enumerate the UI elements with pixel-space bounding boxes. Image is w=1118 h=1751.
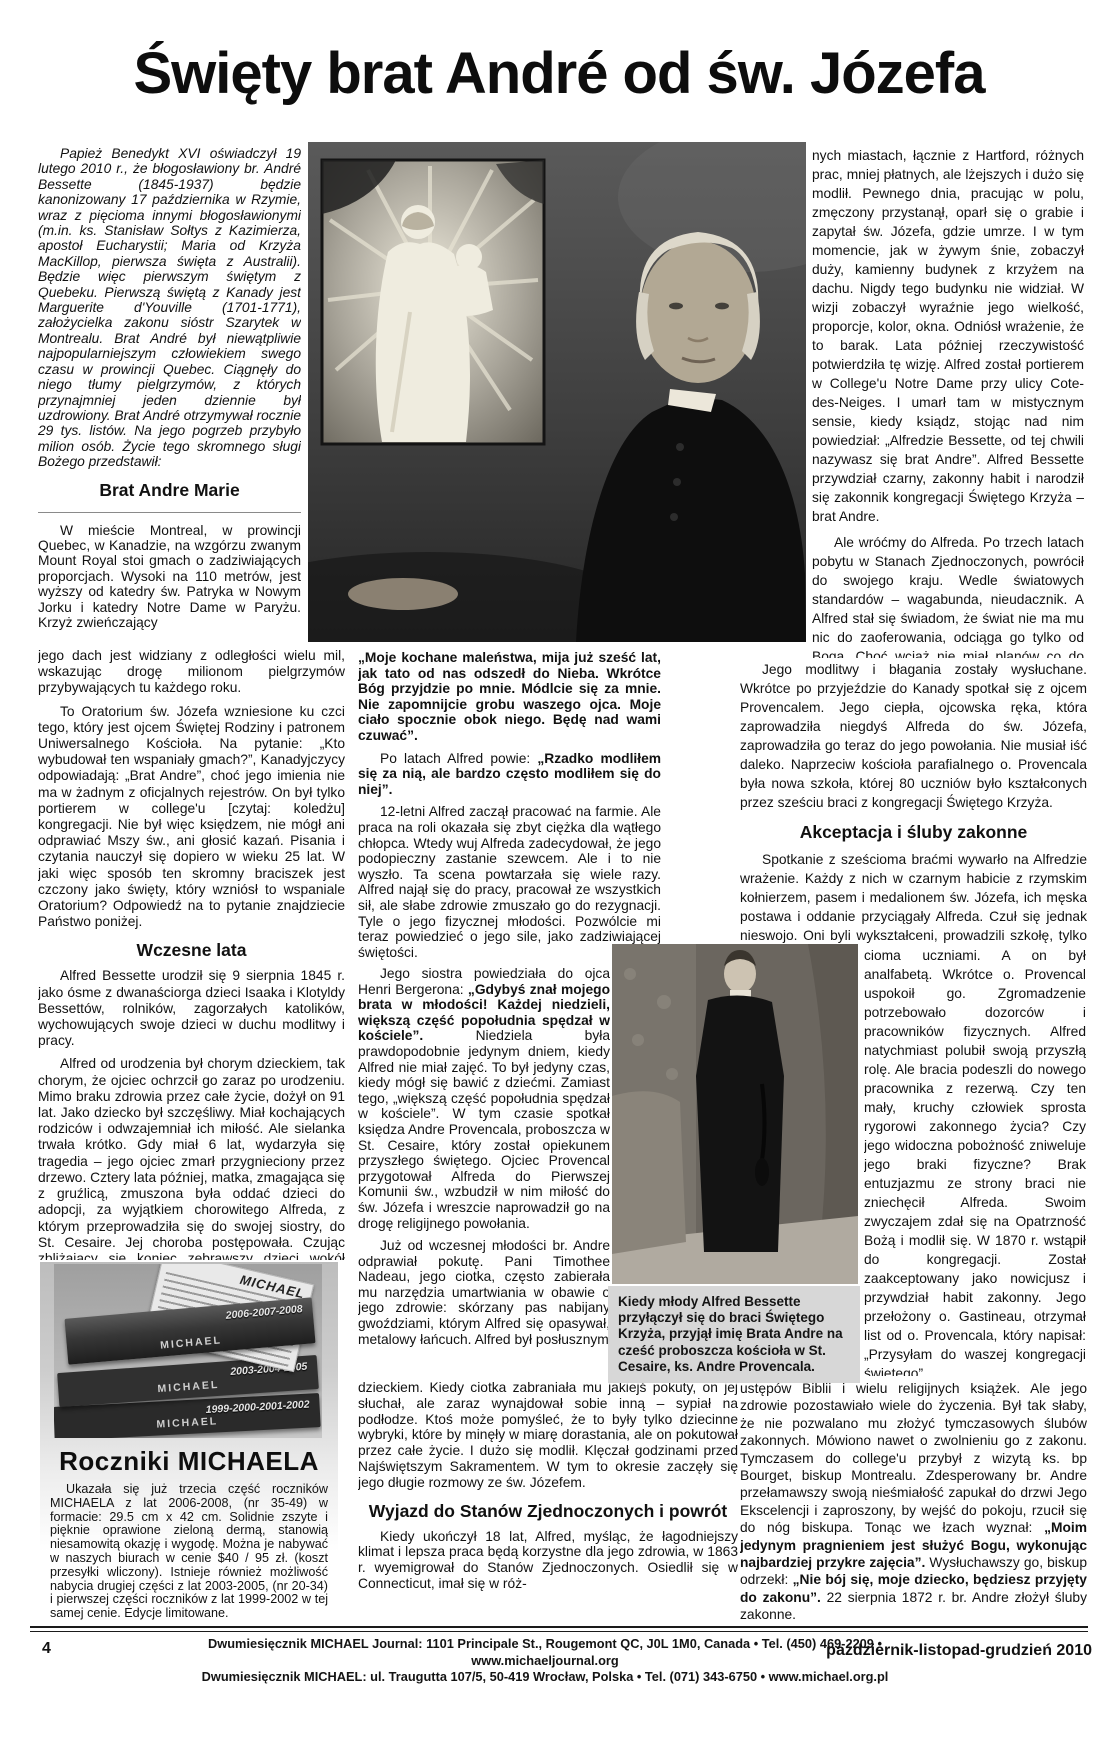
column-2-middle: Jego siostra powiedziała do ojca Henri B…	[358, 966, 610, 1376]
footer-address-line-2: Dwumiesięcznik MICHAEL: ul. Traugutta 10…	[140, 1669, 950, 1686]
column-1-top: Papież Benedykt XVI oświadczył 19 lutego…	[38, 146, 301, 648]
ad-body: Ukazała się już trzecia część roczników …	[40, 1477, 338, 1621]
text-segment: Po latach Alfred powie:	[380, 751, 537, 766]
column-2-top: „Moje kochane maleństwa, mija już sześć …	[358, 650, 661, 964]
mother-quote: „Moje kochane maleństwa, mija już sześć …	[358, 650, 661, 744]
paragraph: dzieckiem. Kiedy ciotka zabraniała mu ja…	[358, 1380, 738, 1491]
paragraph: Ale wróćmy do Alfreda. Po trzech latach …	[812, 533, 1084, 658]
section-heading-wczesne-lata: Wczesne lata	[38, 940, 345, 960]
paragraph: Alfred Bessette urodził się 9 sierpnia 1…	[38, 968, 345, 1049]
paragraph: Po latach Alfred powie: „Rzadko modliłem…	[358, 751, 661, 798]
column-1-bottom: jego dach jest widziany z odległości wie…	[38, 648, 345, 1260]
column-3-bottom: ustępów Biblii i wielu religijnych książ…	[740, 1380, 1087, 1622]
paragraph: Jego modlitwy i błagania zostały wysłuch…	[740, 660, 1087, 812]
brother-andre-portrait	[308, 142, 806, 642]
article-title: Święty brat André od św. Józefa	[0, 40, 1118, 107]
paragraph: Kiedy ukończył 18 lat, Alfred, myśląc, ż…	[358, 1529, 738, 1592]
footer-rule	[30, 1626, 1088, 1632]
section-heading-brat-andre-marie: Brat Andre Marie	[38, 480, 301, 513]
text-segment: Niedziela była prawdopodobnie jedynym dn…	[358, 1028, 610, 1230]
paragraph: Jego siostra powiedziała do ojca Henri B…	[358, 966, 610, 1231]
column-3-narrow: cioma uczniami. A on był analfabetą. Wkr…	[864, 946, 1086, 1376]
paragraph: Spotkanie z sześcioma braćmi wywarło na …	[740, 850, 1087, 944]
paragraph: W mieście Montreal, w prowincji Quebec, …	[38, 523, 301, 631]
photo-caption: Kiedy młody Alfred Bessette przyłączył s…	[608, 1286, 860, 1383]
section-heading-wyjazd: Wyjazd do Stanów Zjednoczonych i powrót	[358, 1501, 738, 1521]
issue-date: październik-listopad-grudzień 2010	[792, 1642, 1092, 1660]
page-number: 4	[42, 1640, 51, 1658]
book-spine-label: MICHAEL	[54, 1410, 320, 1436]
young-andre-figure	[612, 944, 858, 1284]
paragraph: Alfred od urodzenia był chorym dzieckiem…	[38, 1056, 345, 1260]
ad-heading: Roczniki MICHAELA	[40, 1446, 338, 1477]
yearbooks-ad: MICHAEL 1999-2000-2001-2002 MICHAEL 2003…	[40, 1262, 338, 1624]
paragraph: ustępów Biblii i wielu religijnych książ…	[740, 1380, 1087, 1622]
section-heading-akceptacja: Akceptacja i śluby zakonne	[740, 822, 1087, 842]
young-andre-photo	[612, 944, 858, 1284]
main-photo	[308, 142, 806, 642]
paragraph: cioma uczniami. A on był analfabetą. Wkr…	[864, 946, 1086, 1376]
statue-inset	[322, 160, 544, 444]
column-3-middle: Jego modlitwy i błagania zostały wysłuch…	[740, 660, 1087, 944]
paragraph: nych miastach, łącznie z Hartford, różny…	[812, 146, 1084, 526]
paragraph: 12-letni Alfred zaczął pracować na farmi…	[358, 804, 661, 960]
newspaper-page: Święty brat André od św. Józefa Papież B…	[0, 0, 1118, 1751]
column-3-top: nych miastach, łącznie z Hartford, różny…	[812, 146, 1084, 658]
paragraph: To Oratorium św. Józefa wzniesione ku cz…	[38, 704, 345, 931]
column-2-bottom: dzieckiem. Kiedy ciotka zabraniała mu ja…	[358, 1380, 738, 1618]
paragraph: Już od wczesnej młodości br. Andre odpra…	[358, 1238, 610, 1347]
text-segment: ustępów Biblii i wielu religijnych książ…	[740, 1381, 1087, 1535]
books-photo: MICHAEL 1999-2000-2001-2002 MICHAEL 2003…	[54, 1264, 322, 1438]
intro-paragraph: Papież Benedykt XVI oświadczył 19 lutego…	[38, 146, 301, 470]
paragraph: jego dach jest widziany z odległości wie…	[38, 648, 345, 697]
book-years-label: 2006-2007-2008	[225, 1303, 303, 1322]
